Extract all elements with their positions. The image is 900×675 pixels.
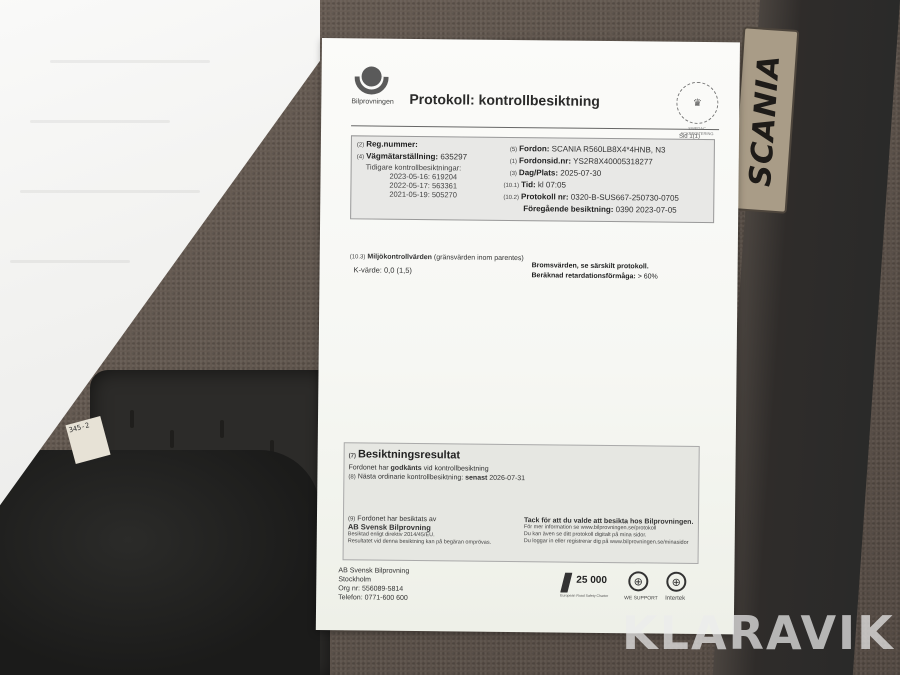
road-icon	[560, 573, 572, 593]
road-safety-charter-badge: 25 000 European Road Safety Charter	[560, 569, 630, 600]
swedac-accreditation-icon: ♛	[676, 82, 718, 124]
bilprovningen-logo: Bilprovningen	[351, 66, 391, 110]
leather-seat-cover	[0, 450, 320, 675]
intertek-label: Intertek	[665, 596, 685, 602]
title-divider	[351, 125, 719, 130]
next-inspection-line: (8)Nästa ordinarie kontrollbesiktning: s…	[348, 473, 525, 482]
approval-line: Fordonet har godkänts vid kontrollbesikt…	[348, 464, 488, 472]
logo-name: Bilprovningen	[351, 98, 393, 105]
date-place-row: (3)Dag/Plats: 2025-07-30	[510, 168, 602, 178]
vehicle-info-box: (2)Reg.nummer: (4)Vägmätarställning: 635…	[350, 135, 715, 223]
tag-text: 345-2	[68, 421, 90, 434]
scania-badge-text: SCANIA	[743, 53, 787, 187]
inspection-protocol-document: Bilprovningen Protokoll: kontrollbesiktn…	[316, 38, 740, 634]
brake-values: Bromsvärden, se särskilt protokoll. Berä…	[531, 261, 657, 282]
inspection-result-box: (7)Besiktningsresultat Fordonet har godk…	[343, 442, 700, 564]
intertek-globe-icon: ⊕	[666, 572, 686, 592]
previous-inspection-row: Föregående besiktning: 0390 2023-07-05	[523, 204, 677, 215]
thank-you-note: Tack för att du valde att besikta hos Bi…	[524, 517, 694, 547]
result-title: (7)Besiktningsresultat	[349, 448, 461, 461]
document-title: Protokoll: kontrollbesiktning	[409, 91, 600, 109]
emissions-heading: (10.3)Miljökontrollvärden (gränsvärden i…	[350, 253, 524, 262]
time-row: (10.1)Tid: kl 07:05	[503, 180, 566, 190]
previous-inspections-label: Tidigare kontrollbesiktningar:	[366, 162, 462, 172]
vin-row: (1)Fordonsid.nr: YS2R8X40005318277	[510, 156, 653, 166]
protocol-number-row: (10.2)Protokoll nr: 0320-B-SUS667-250730…	[503, 192, 679, 203]
reg-number-row: (2)Reg.nummer:	[357, 139, 418, 149]
company-footer: AB Svensk Bilprovning Stockholm Org nr: …	[338, 566, 409, 603]
vehicle-row: (5)Fordon: SCANIA R560LB8X4*4HNB, N3	[510, 144, 666, 155]
inspected-by: (9)Fordonet har besiktats av AB Svensk B…	[348, 515, 492, 547]
global-compact-label: WE SUPPORT	[624, 595, 658, 601]
klaravik-watermark: KLARAVIK	[622, 606, 895, 660]
previous-inspection-3: 2021-05-19: 505270	[389, 190, 457, 200]
odometer-row: (4)Vägmätarställning: 635297	[357, 151, 467, 161]
global-compact-icon: ⊕	[628, 571, 648, 591]
k-value: K-värde: 0,0 (1,5)	[354, 265, 412, 275]
